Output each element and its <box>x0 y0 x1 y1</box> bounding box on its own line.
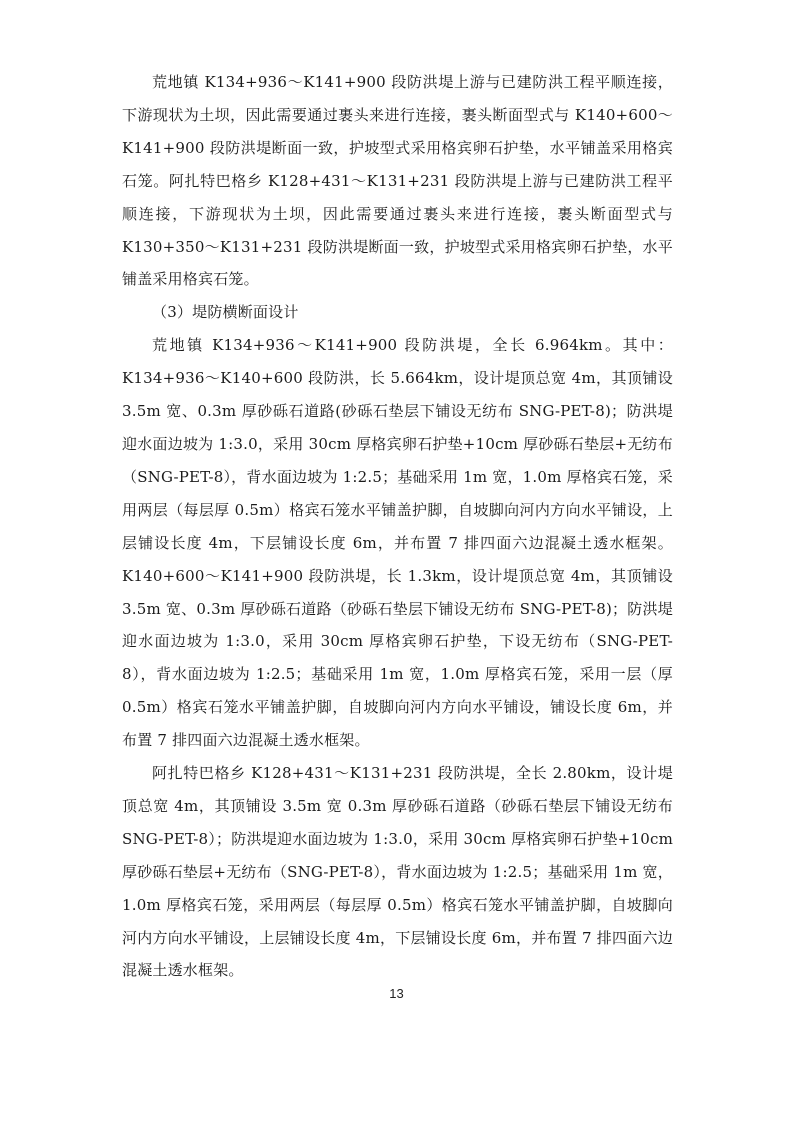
paragraph-azhatebage-embankment: 阿扎特巴格乡 K128+431～K131+231 段防洪堤，全长 2.80km，… <box>122 757 673 987</box>
paragraph-embankment-connection: 荒地镇 K134+936～K141+900 段防洪堤上游与已建防洪工程平顺连接，… <box>122 66 673 296</box>
page-number: 13 <box>0 986 793 1001</box>
section-heading-cross-section-design: （3）堤防横断面设计 <box>122 296 673 329</box>
paragraph-huangdi-embankment: 荒地镇 K134+936～K141+900 段防洪堤，全长 6.964km。其中… <box>122 329 673 757</box>
document-page: 荒地镇 K134+936～K141+900 段防洪堤上游与已建防洪工程平顺连接，… <box>122 66 673 987</box>
